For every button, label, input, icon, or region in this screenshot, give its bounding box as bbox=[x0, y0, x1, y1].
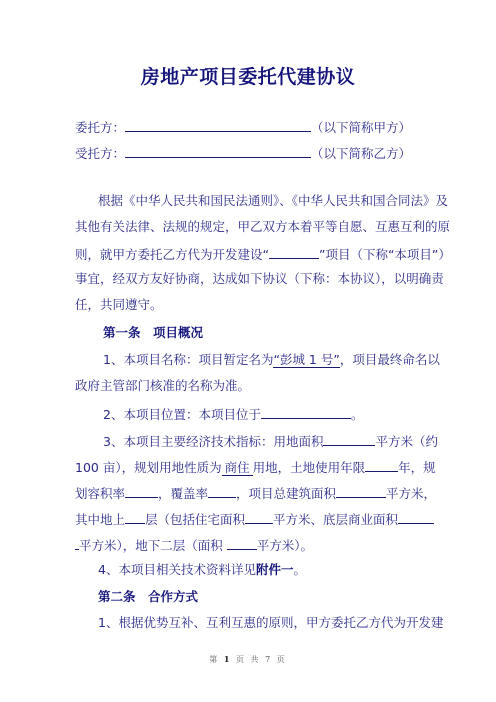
footer-text: 第 bbox=[209, 655, 219, 664]
item-text: 平方米（约 bbox=[375, 434, 438, 449]
land-use-value: 商住 bbox=[222, 460, 253, 476]
item-text: 100 亩），规划用地性质为 bbox=[75, 460, 222, 475]
basement-area-blank[interactable] bbox=[227, 536, 257, 550]
item-text: 4、本项目相关技术资料详见 bbox=[98, 562, 256, 577]
item-text: 2、本项目位置：本项目位于 bbox=[103, 407, 261, 422]
page-footer: 第 1 页 共 7 页 bbox=[0, 654, 496, 665]
article-1-item-3: 3、本项目主要经济技术指标：用地面积平方米（约 bbox=[103, 432, 463, 450]
article-1-item-4: 4、本项目相关技术资料详见附件一。 bbox=[98, 562, 458, 578]
item-text: 。 bbox=[351, 407, 364, 422]
article-1-item-3-line-2: 100 亩），规划用地性质为商住用地，土地使用年限年，规 bbox=[75, 458, 435, 476]
agent-label: 受托方： bbox=[75, 146, 125, 161]
article-1-item-3-line-4: 其中地上层（包括住宅面积平方米、底层商业面积 bbox=[75, 510, 435, 528]
principal-blank[interactable] bbox=[125, 118, 311, 132]
item-text: 其中地上 bbox=[75, 512, 125, 527]
preamble-text: ”项目（下称“本项目”） bbox=[319, 247, 451, 262]
item-text: ，覆盖率 bbox=[158, 486, 208, 501]
total-area-blank[interactable] bbox=[336, 484, 386, 498]
article-2-heading: 第二条 合作方式 bbox=[98, 589, 458, 605]
preamble-line-5: 任，共同遵守。 bbox=[75, 297, 435, 313]
agent-blank[interactable] bbox=[125, 144, 311, 158]
footer-text: 页 bbox=[277, 655, 287, 664]
total-pages: 7 bbox=[265, 655, 272, 664]
item-text: ，项目最终命名以 bbox=[340, 352, 440, 367]
location-blank[interactable] bbox=[261, 405, 351, 419]
attachment-reference: 附件一 bbox=[256, 562, 294, 577]
principal-line: 委托方：（以下简称甲方） bbox=[75, 118, 435, 136]
document-page: 房地产项目委托代建协议 委托方：（以下简称甲方） 受托方：（以下简称乙方） 根据… bbox=[0, 0, 496, 702]
item-text: 平方米， bbox=[386, 486, 436, 501]
article-1-item-3-line-5: 平方米），地下二层（面积 平方米）。 bbox=[75, 536, 435, 554]
land-area-blank[interactable] bbox=[323, 432, 375, 446]
land-term-blank[interactable] bbox=[365, 458, 398, 472]
principal-label: 委托方： bbox=[75, 120, 125, 135]
preamble-line-2: 其他有关法律、法规的规定，甲乙双方本着平等自愿、互惠互利的原 bbox=[75, 219, 435, 235]
principal-suffix: （以下简称甲方） bbox=[311, 120, 411, 135]
item-text: 平方米），地下二层（面积 bbox=[79, 538, 223, 553]
plot-ratio-blank[interactable] bbox=[125, 484, 158, 498]
project-name-value: “彭城 1 号” bbox=[273, 352, 339, 368]
footer-text: 页 共 bbox=[236, 655, 261, 664]
item-text: 平方米、底层商业面积 bbox=[273, 512, 398, 527]
item-text: 1、本项目名称：项目暂定名为 bbox=[103, 352, 273, 367]
article-1-item-1: 1、本项目名称：项目暂定名为“彭城 1 号”，项目最终命名以 bbox=[103, 352, 463, 368]
project-name-blank[interactable] bbox=[269, 245, 319, 259]
residential-area-blank[interactable] bbox=[245, 510, 273, 524]
current-page-number: 1 bbox=[224, 654, 232, 664]
item-text: 平方米）。 bbox=[257, 538, 313, 553]
item-text: 3、本项目主要经济技术指标：用地面积 bbox=[103, 434, 323, 449]
document-title: 房地产项目委托代建协议 bbox=[0, 62, 496, 89]
preamble-line-4: 事宜，经双方友好协商，达成如下协议（下称：本协议），以明确责 bbox=[75, 271, 435, 287]
item-text: ，项目总建筑面积 bbox=[236, 486, 336, 501]
item-text: 年，规 bbox=[398, 460, 436, 475]
article-1-heading: 第一条 项目概况 bbox=[103, 325, 463, 341]
item-text: 用地，土地使用年限 bbox=[253, 460, 366, 475]
article-1-item-2: 2、本项目位置：本项目位于。 bbox=[103, 405, 463, 423]
preamble-line-3: 则，就甲方委托乙方代为开发建设“”项目（下称“本项目”） bbox=[75, 245, 435, 263]
item-text: 。 bbox=[293, 562, 306, 577]
coverage-blank[interactable] bbox=[208, 484, 236, 498]
agent-suffix: （以下简称乙方） bbox=[311, 146, 411, 161]
preamble-text: 则，就甲方委托乙方代为开发建设“ bbox=[75, 247, 269, 262]
article-1-item-1-cont: 政府主管部门核准的名称为准。 bbox=[75, 378, 435, 394]
item-text: 划容积率 bbox=[75, 486, 125, 501]
item-text: 层（包括住宅面积 bbox=[145, 512, 245, 527]
preamble-line-1: 根据《中华人民共和国民法通则》、《中华人民共和国合同法》及 bbox=[98, 193, 458, 209]
agent-line: 受托方：（以下简称乙方） bbox=[75, 144, 435, 162]
commercial-area-blank[interactable] bbox=[398, 510, 434, 524]
article-1-item-3-line-3: 划容积率，覆盖率，项目总建筑面积平方米， bbox=[75, 484, 435, 502]
article-2-item-1: 1、根据优势互补、互利互惠的原则，甲方委托乙方代为开发建 bbox=[98, 615, 458, 631]
floors-blank[interactable] bbox=[125, 510, 145, 524]
